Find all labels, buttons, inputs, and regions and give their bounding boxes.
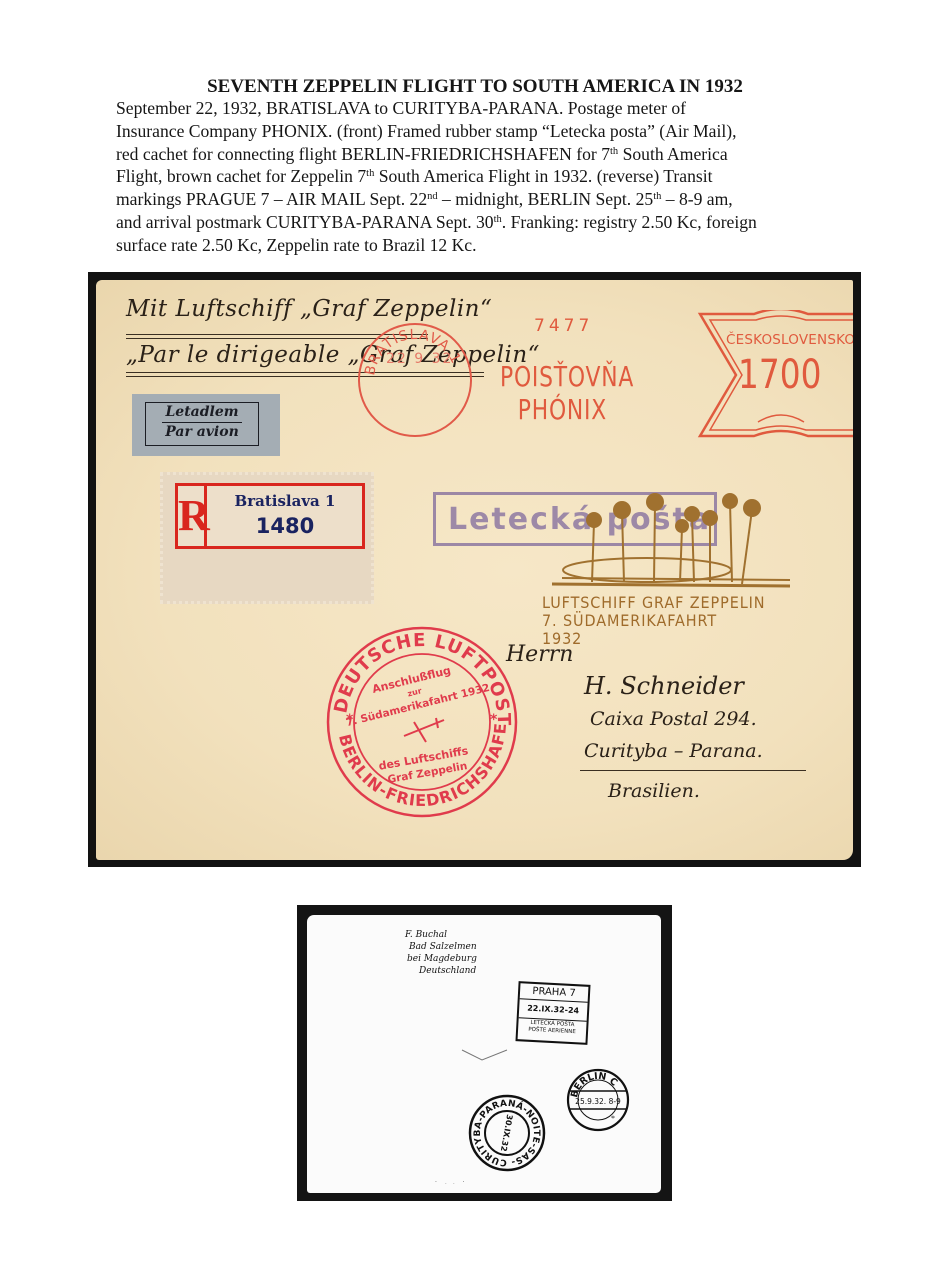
address-line-2: Curityba – Parana. [584,740,763,762]
zeppelin-cachet-line-3: 1932 [542,630,765,648]
bratislava-postmark-ring-text: BRATISLAVA 1 [358,323,472,437]
airmail-label-line-1: Letadlem [146,403,258,422]
description-line: September 22, 1932, BRATISLAVA to CURITY… [116,97,856,120]
description-line: markings PRAGUE 7 – AIR MAIL Sept. 22nd … [116,188,856,211]
address-underline [580,770,806,771]
envelope-flap-line [457,1045,517,1065]
praha-stamp: PRAHA 7 22.IX.32-24 LETECKÁ POŠTA POŠTE … [515,981,590,1045]
svg-text:BERLIN C: BERLIN C [569,1071,619,1099]
curityba-arrival-postmark: CURITYBA-PARANÁ-NOITE-SAS- 30.IX.32 [467,1093,547,1173]
description-line: red cachet for connecting flight BERLIN-… [116,143,856,166]
meter-number: 7477 [534,316,593,336]
sender-line-4: Deutschland [405,965,477,977]
page-title: SEVENTH ZEPPELIN FLIGHT TO SOUTH AMERICA… [0,76,950,98]
zeppelin-palms-icon [542,492,792,592]
zeppelin-cachet-line-1: LUFTSCHIFF GRAF ZEPPELIN [542,594,765,612]
svg-text:25.9.32. 8-9: 25.9.32. 8-9 [575,1097,621,1106]
airplane-icon [404,718,444,742]
sender-line-3: bei Magdeburg [405,953,477,965]
meter-country: ČESKOSLOVENSKO [726,332,853,348]
registration-office: Bratislava 1 [208,490,362,512]
page-description: September 22, 1932, BRATISLAVA to CURITY… [116,97,856,257]
airmail-label-line-2: Par avion [146,423,258,442]
address-salutation: Herrn [506,642,573,667]
bottom-marks: · ﹒﹒ · [435,1177,467,1186]
description-line: Flight, brown cachet for Zeppelin 7th So… [116,165,856,188]
registration-number: 1480 [208,512,362,540]
description-line: Insurance Company PHONIX. (front) Framed… [116,120,856,143]
handwritten-routing-line-1: Mit Luftschiff „Graf Zeppelin“ [126,296,492,322]
meter-company-line-1: POISŤOVŇA [500,360,625,393]
svg-text:30.IX.32: 30.IX.32 [499,1114,514,1152]
front-cover: Mit Luftschiff „Graf Zeppelin“ „Par le d… [96,280,853,860]
airmail-label: Letadlem Par avion [132,394,280,456]
bratislava-postmark-date: 22 9 32 [386,351,453,367]
sender-address: F. Buchal Bad Salzelmen bei Magdeburg De… [405,929,477,977]
connecting-flight-cachet: DEUTSCHE LUFTPOST BERLIN-FRIEDRICHSHAFEN… [324,624,520,820]
svg-text:*: * [490,712,498,728]
svg-text:zur: zur [407,686,423,698]
description-line: surface rate 2.50 Kc, Zeppelin rate to B… [116,234,856,257]
handwritten-routing-line-2: „Par le dirigeable „Graf Zeppelin“ [126,342,540,368]
meter-value: 1700 [738,352,821,398]
svg-text:*: * [611,1114,615,1123]
zeppelin-cachet-text: LUFTSCHIFF GRAF ZEPPELIN 7. SÜDAMERIKAFA… [542,594,765,648]
registration-label: R Bratislava 1 1480 [160,472,374,604]
registration-letter: R [178,486,207,546]
description-line: and arrival postmark CURITYBA-PARANA Sep… [116,211,856,234]
address-country: Brasilien. [608,780,700,802]
address-line-1: Caixa Postal 294. [590,708,757,730]
zeppelin-cachet-line-2: 7. SÜDAMERIKAFAHRT [542,612,765,630]
back-cover: F. Buchal Bad Salzelmen bei Magdeburg De… [307,915,661,1193]
sender-line-1: F. Buchal [405,929,477,941]
meter-company-line-2: PHÓNIX [500,393,625,426]
meter-company: POISŤOVŇA PHÓNIX [500,360,625,426]
sender-line-2: Bad Salzelmen [405,941,477,953]
berlin-postmark: BERLIN C 25.9.32. 8-9 * [565,1067,631,1133]
address-name: H. Schneider [584,672,744,700]
